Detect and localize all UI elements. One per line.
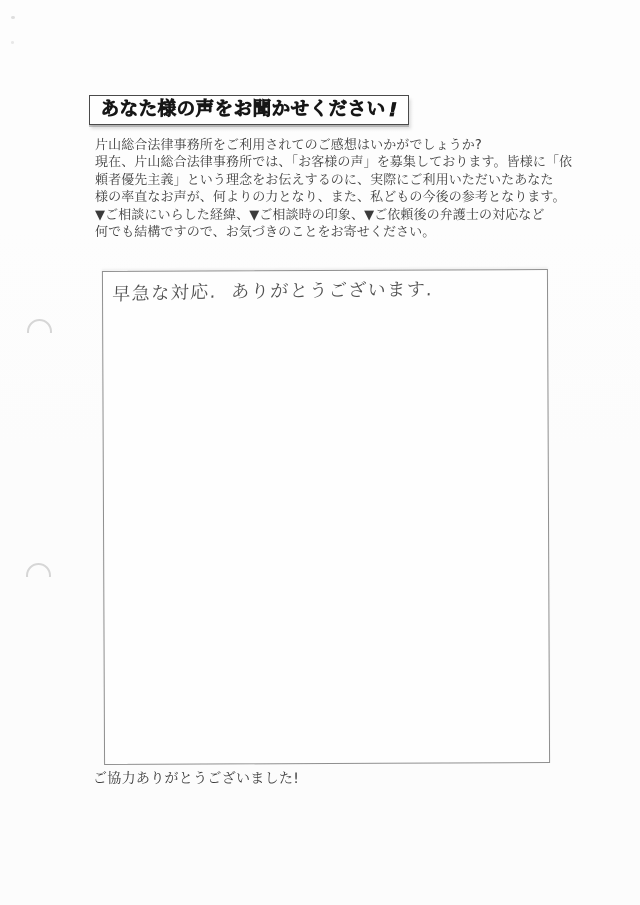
title-banner-exclamation: ! bbox=[389, 101, 398, 120]
intro-line: ▼ご相談にいらした経緯、▼ご相談時の印象、▼ご依頼後の弁護士の対応など bbox=[95, 207, 572, 224]
scan-dust-speck bbox=[11, 16, 15, 19]
title-banner: あなた様の声をお聞かせください ! bbox=[89, 95, 409, 125]
comment-box: 早急な対応. ありがとうございます. bbox=[102, 269, 550, 765]
punch-hole-bottom bbox=[26, 563, 51, 588]
handwritten-note: 早急な対応. ありがとうございます. bbox=[112, 274, 434, 306]
intro-line: 片山総合法律事務所をご利用されてのご感想はいかがでしょうか? bbox=[95, 137, 572, 154]
handwritten-note-part: ありがとうございます. bbox=[230, 275, 434, 303]
intro-line: 現在、片山総合法律事務所では、「お客様の声」を募集しております。皆様に「依 bbox=[95, 154, 572, 171]
scanned-feedback-form: あなた様の声をお聞かせください ! 片山総合法律事務所をご利用されてのご感想はい… bbox=[0, 0, 640, 905]
scan-dust-speck bbox=[11, 41, 14, 44]
intro-line: 様の率直なお声が、何よりの力となり、また、私どもの今後の参考となります。 bbox=[95, 189, 572, 206]
title-banner-text: あなた様の声をお聞かせください bbox=[101, 101, 386, 120]
intro-paragraph: 片山総合法律事務所をご利用されてのご感想はいかがでしょうか? 現在、片山総合法律… bbox=[95, 137, 572, 241]
intro-line: 何でも結構ですので、お気づきのことをお寄せください。 bbox=[95, 224, 572, 241]
footer-thanks-text: ご協力ありがとうございました! bbox=[93, 768, 299, 788]
handwritten-note-part: 早急な対応. bbox=[112, 278, 218, 307]
intro-line: 頼者優先主義」という理念をお伝えするのに、実際にご利用いただいたあなた bbox=[95, 172, 572, 189]
punch-hole-top bbox=[27, 319, 52, 344]
